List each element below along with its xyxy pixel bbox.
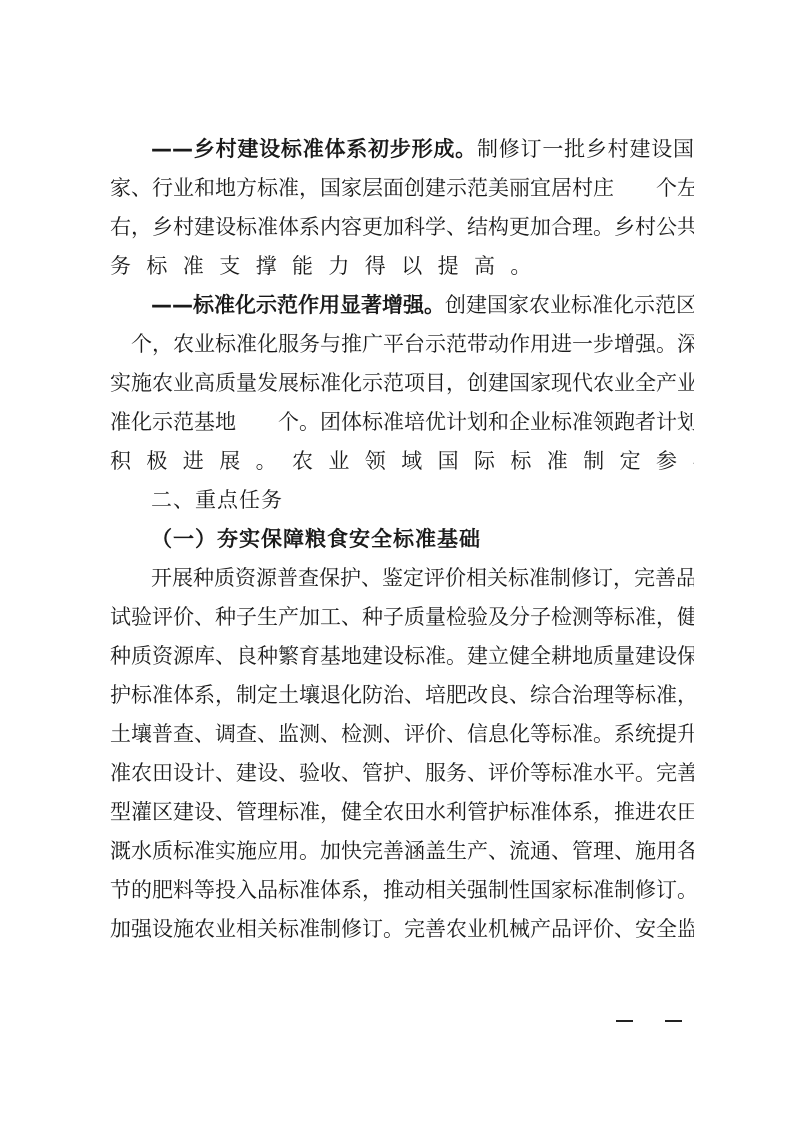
- paragraph-line: 准农田设计、建设、验收、管护、服务、评价等标准水平。完善大中: [110, 754, 694, 793]
- paragraph-line: 加强设施农业相关标准制修订。完善农业机械产品评价、安全监: [110, 910, 694, 949]
- paragraph-line: 右，乡村建设标准体系内容更加科学、结构更加合理。乡村公共服: [110, 208, 694, 247]
- page-footer: [616, 1011, 682, 1031]
- paragraph-line: 积极进展。农业领域国际标准制定参与度得到有效提升。: [110, 442, 694, 481]
- subsection-heading: （一）夯实保障粮食安全标准基础: [110, 520, 694, 559]
- section-heading: 二、重点任务: [110, 481, 694, 520]
- paragraph-line: 准化示范基地 个。团体标准培优计划和企业标准领跑者计划取得: [110, 403, 694, 442]
- paragraph-line: 家、行业和地方标准，国家层面创建示范美丽宜居村庄 个左: [110, 169, 694, 208]
- footer-dash-right: [665, 1020, 682, 1022]
- paragraph-line: 节的肥料等投入品标准体系，推动相关强制性国家标准制修订。: [110, 871, 694, 910]
- paragraph-line: 开展种质资源普查保护、鉴定评价相关标准制修订，完善品种: [110, 559, 694, 598]
- paragraph-line: 个，农业标准化服务与推广平台示范带动作用进一步增强。深入: [110, 325, 694, 364]
- paragraph-line: 溉水质标准实施应用。加快完善涵盖生产、流通、管理、施用各环: [110, 832, 694, 871]
- paragraph-line: 种质资源库、良种繁育基地建设标准。建立健全耕地质量建设保: [110, 637, 694, 676]
- paragraph-line: 护标准体系，制定土壤退化防治、培肥改良、综合治理等标准，完善: [110, 676, 694, 715]
- paragraph-line: 务标准支撑能力得以提高。: [110, 247, 694, 286]
- paragraph-line: 实施农业高质量发展标准化示范项目，创建国家现代农业全产业链标: [110, 364, 694, 403]
- bold-lead: ——乡村建设标准体系初步形成。: [151, 137, 477, 161]
- paragraph-line-2: ——标准化示范作用显著增强。创建国家农业标准化示范区: [110, 286, 694, 325]
- bold-lead: ——标准化示范作用显著增强。: [151, 293, 445, 317]
- paragraph-line: 土壤普查、调查、监测、检测、评价、信息化等标准。系统提升高标: [110, 715, 694, 754]
- paragraph-line: 试验评价、种子生产加工、种子质量检验及分子检测等标准，健全: [110, 598, 694, 637]
- document-page: ——乡村建设标准体系初步形成。制修订一批乡村建设国 家、行业和地方标准，国家层面…: [110, 130, 694, 949]
- paragraph-line-1: ——乡村建设标准体系初步形成。制修订一批乡村建设国: [110, 130, 694, 169]
- footer-dash-left: [616, 1020, 633, 1022]
- paragraph-line: 型灌区建设、管理标准，健全农田水利管护标准体系，推进农田灌: [110, 793, 694, 832]
